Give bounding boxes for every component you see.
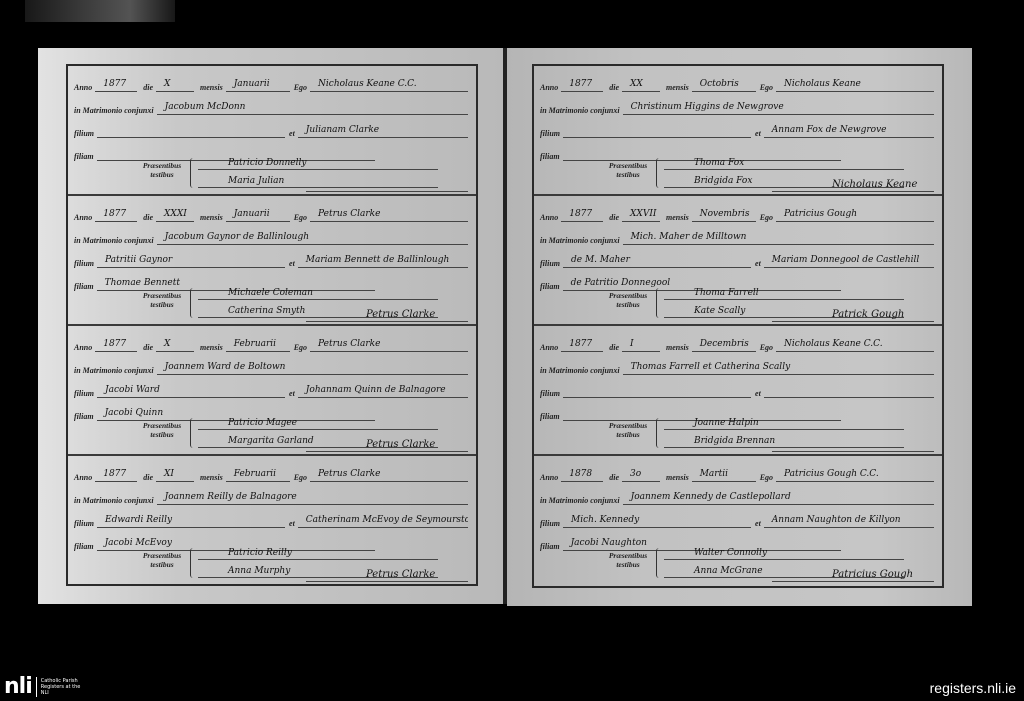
anno-label: Anno xyxy=(74,83,95,92)
entry-filium-row: filium et Julianam Clarke xyxy=(74,122,468,138)
marriage-entry: Anno 1877 die XXVII mensis Novembris Ego… xyxy=(534,196,942,326)
bride-value: Mariam Bennett de Ballinlough xyxy=(298,253,468,268)
entry-filium-row: filium Patritii Gaynor et Mariam Bennett… xyxy=(74,252,468,268)
filiam-label: filiam xyxy=(74,542,97,551)
filiam-label: filiam xyxy=(74,282,97,291)
witness-1: Thoma Farrell xyxy=(664,286,904,300)
praesentibus-label: Præsentibus xyxy=(602,161,654,170)
groom-value: Joannem Kennedy de Castlepollard xyxy=(623,490,934,505)
anno-label: Anno xyxy=(74,473,95,482)
et-label: et xyxy=(751,389,764,398)
priest-value: Petrus Clarke xyxy=(310,207,468,222)
groom-father-value: Jacobi Ward xyxy=(97,383,285,398)
marriage-entry: Anno 1878 die 3o mensis Martii Ego Patri… xyxy=(534,456,942,586)
ego-label: Ego xyxy=(290,343,310,352)
filium-label: filium xyxy=(540,519,563,528)
priest-value: Nicholaus Keane C.C. xyxy=(776,337,934,352)
year-value: 1877 xyxy=(95,77,137,92)
praesentibus-label: Præsentibus xyxy=(136,551,188,560)
filiam-label: filiam xyxy=(540,412,563,421)
entry-couple-row: in Matrimonio conjunxi Mich. Maher de Mi… xyxy=(540,229,934,245)
entry-couple-row: in Matrimonio conjunxi Jacobum McDonn xyxy=(74,99,468,115)
bride-value: Catherinam McEvoy de Seymourstown xyxy=(298,513,468,528)
entry-couple-row: in Matrimonio conjunxi Joannem Reilly de… xyxy=(74,489,468,505)
entry-date-row: Anno 1877 die XI mensis Februarii Ego Pe… xyxy=(74,466,468,482)
entry-filium-row: filium Jacobi Ward et Johannam Quinn de … xyxy=(74,382,468,398)
anno-label: Anno xyxy=(540,473,561,482)
mensis-label: mensis xyxy=(660,83,692,92)
priest-signature xyxy=(306,178,468,192)
entry-couple-row: in Matrimonio conjunxi Thomas Farrell et… xyxy=(540,359,934,375)
praesentibus-label: Præsentibus xyxy=(136,161,188,170)
filium-label: filium xyxy=(540,129,563,138)
entry-filium-row: filium et xyxy=(540,382,934,398)
mensis-label: mensis xyxy=(194,83,226,92)
filiam-label: filiam xyxy=(540,542,563,551)
praesentibus-label: Præsentibus xyxy=(136,421,188,430)
ego-label: Ego xyxy=(756,213,776,222)
die-label: die xyxy=(603,213,622,222)
et-label: et xyxy=(751,259,764,268)
testibus-label: testibus xyxy=(602,300,654,309)
entry-filium-row: filium Mich. Kennedy et Annam Naughton d… xyxy=(540,512,934,528)
year-value: 1877 xyxy=(561,337,603,352)
nli-logo[interactable]: nli Catholic Parish Registers at the NLI xyxy=(4,676,81,698)
et-label: et xyxy=(285,389,298,398)
groom-father-value: Mich. Kennedy xyxy=(563,513,751,528)
witnesses-label: Præsentibus testibus xyxy=(136,421,188,439)
priest-signature: Petrus Clarke xyxy=(306,438,468,452)
day-value: XXXI xyxy=(156,207,194,222)
entry-date-row: Anno 1877 die I mensis Decembris Ego Nic… xyxy=(540,336,934,352)
praesentibus-label: Præsentibus xyxy=(602,421,654,430)
filium-label: filium xyxy=(540,259,563,268)
matrimonio-label: in Matrimonio conjunxi xyxy=(540,236,623,245)
et-label: et xyxy=(285,129,298,138)
witnesses-label: Præsentibus testibus xyxy=(602,551,654,569)
testibus-label: testibus xyxy=(602,430,654,439)
mensis-label: mensis xyxy=(194,473,226,482)
bride-value: Annam Fox de Newgrove xyxy=(764,123,934,138)
mensis-label: mensis xyxy=(660,213,692,222)
year-value: 1877 xyxy=(561,207,603,222)
witnesses-label: Præsentibus testibus xyxy=(602,291,654,309)
filium-label: filium xyxy=(540,389,563,398)
left-page: Anno 1877 die X mensis Januarii Ego Nich… xyxy=(38,48,504,604)
marriage-entry: Anno 1877 die XXXI mensis Januarii Ego P… xyxy=(68,196,476,326)
entry-filium-row: filium et Annam Fox de Newgrove xyxy=(540,122,934,138)
priest-signature: Patricius Gough xyxy=(772,568,934,582)
anno-label: Anno xyxy=(74,213,95,222)
die-label: die xyxy=(137,473,156,482)
testibus-label: testibus xyxy=(136,430,188,439)
matrimonio-label: in Matrimonio conjunxi xyxy=(74,496,157,505)
day-value: 3o xyxy=(622,467,660,482)
mensis-label: mensis xyxy=(194,343,226,352)
year-value: 1877 xyxy=(95,467,137,482)
day-value: XI xyxy=(156,467,194,482)
filium-label: filium xyxy=(74,129,97,138)
ego-label: Ego xyxy=(290,83,310,92)
witness-1: Patricio Magee xyxy=(198,416,438,430)
month-value: Februarii xyxy=(226,337,290,352)
site-link[interactable]: registers.nli.ie xyxy=(930,680,1016,696)
testibus-label: testibus xyxy=(136,560,188,569)
nli-logo-mark: nli xyxy=(4,676,32,698)
ego-label: Ego xyxy=(756,473,776,482)
groom-father-value: de M. Maher xyxy=(563,253,751,268)
die-label: die xyxy=(603,473,622,482)
mensis-label: mensis xyxy=(194,213,226,222)
ego-label: Ego xyxy=(756,343,776,352)
entry-date-row: Anno 1877 die XXVII mensis Novembris Ego… xyxy=(540,206,934,222)
priest-value: Nicholaus Keane xyxy=(776,77,934,92)
right-page: Anno 1877 die XX mensis Octobris Ego Nic… xyxy=(507,48,972,606)
witnesses-label: Præsentibus testibus xyxy=(602,421,654,439)
witness-brace xyxy=(190,288,196,318)
priest-value: Patricius Gough C.C. xyxy=(776,467,934,482)
month-value: Januarii xyxy=(226,207,290,222)
entry-date-row: Anno 1877 die X mensis Februarii Ego Pet… xyxy=(74,336,468,352)
groom-value: Mich. Maher de Milltown xyxy=(623,230,934,245)
priest-value: Petrus Clarke xyxy=(310,337,468,352)
filiam-label: filiam xyxy=(540,152,563,161)
et-label: et xyxy=(751,129,764,138)
groom-father-value xyxy=(563,123,751,138)
entry-date-row: Anno 1877 die XXXI mensis Januarii Ego P… xyxy=(74,206,468,222)
groom-value: Thomas Farrell et Catherina Scally xyxy=(623,360,934,375)
logo-caption: Catholic Parish Registers at the NLI xyxy=(41,678,81,696)
marriage-entry: Anno 1877 die I mensis Decembris Ego Nic… xyxy=(534,326,942,456)
witness-1: Joanne Halpin xyxy=(664,416,904,430)
groom-value: Joannem Ward de Boltown xyxy=(157,360,468,375)
ego-label: Ego xyxy=(290,473,310,482)
entry-date-row: Anno 1877 die XX mensis Octobris Ego Nic… xyxy=(540,76,934,92)
priest-signature: Patrick Gough xyxy=(772,308,934,322)
die-label: die xyxy=(137,213,156,222)
praesentibus-label: Præsentibus xyxy=(602,291,654,300)
witness-brace xyxy=(190,418,196,448)
bride-value xyxy=(764,383,934,398)
groom-father-value xyxy=(97,123,285,138)
anno-label: Anno xyxy=(74,343,95,352)
logo-divider xyxy=(36,677,37,697)
matrimonio-label: in Matrimonio conjunxi xyxy=(540,366,623,375)
die-label: die xyxy=(603,343,622,352)
marriage-entry: Anno 1877 die X mensis Februarii Ego Pet… xyxy=(68,326,476,456)
ego-label: Ego xyxy=(290,213,310,222)
priest-value: Patricius Gough xyxy=(776,207,934,222)
filiam-label: filiam xyxy=(74,412,97,421)
matrimonio-label: in Matrimonio conjunxi xyxy=(540,106,623,115)
entry-couple-row: in Matrimonio conjunxi Christinum Higgin… xyxy=(540,99,934,115)
filiam-label: filiam xyxy=(540,282,563,291)
et-label: et xyxy=(751,519,764,528)
ego-label: Ego xyxy=(756,83,776,92)
witnesses-label: Præsentibus testibus xyxy=(602,161,654,179)
bride-value: Annam Naughton de Killyon xyxy=(764,513,934,528)
et-label: et xyxy=(285,259,298,268)
witness-1: Michaele Coleman xyxy=(198,286,438,300)
entry-date-row: Anno 1877 die X mensis Januarii Ego Nich… xyxy=(74,76,468,92)
anno-label: Anno xyxy=(540,213,561,222)
left-page-frame: Anno 1877 die X mensis Januarii Ego Nich… xyxy=(66,64,478,586)
witness-brace xyxy=(656,158,662,188)
mensis-label: mensis xyxy=(660,473,692,482)
witness-1: Thoma Fox xyxy=(664,156,904,170)
year-value: 1877 xyxy=(95,207,137,222)
witness-1: Walter Connolly xyxy=(664,546,904,560)
right-page-frame: Anno 1877 die XX mensis Octobris Ego Nic… xyxy=(532,64,944,588)
bride-value: Mariam Donnegool de Castlehill xyxy=(764,253,934,268)
entry-couple-row: in Matrimonio conjunxi Joannem Ward de B… xyxy=(74,359,468,375)
mensis-label: mensis xyxy=(660,343,692,352)
die-label: die xyxy=(137,343,156,352)
anno-label: Anno xyxy=(540,343,561,352)
witness-brace xyxy=(656,418,662,448)
entry-couple-row: in Matrimonio conjunxi Joannem Kennedy d… xyxy=(540,489,934,505)
marriage-entry: Anno 1877 die X mensis Januarii Ego Nich… xyxy=(68,66,476,196)
month-value: Februarii xyxy=(226,467,290,482)
witness-brace xyxy=(656,288,662,318)
priest-signature: Nicholaus Keane xyxy=(772,178,934,192)
month-value: Martii xyxy=(692,467,756,482)
month-value: Decembris xyxy=(692,337,756,352)
year-value: 1877 xyxy=(95,337,137,352)
witness-brace xyxy=(190,548,196,578)
month-value: Novembris xyxy=(692,207,756,222)
groom-father-value: Patritii Gaynor xyxy=(97,253,285,268)
page-edge-scrap xyxy=(25,0,175,22)
priest-value: Nicholaus Keane C.C. xyxy=(310,77,468,92)
matrimonio-label: in Matrimonio conjunxi xyxy=(74,236,157,245)
year-value: 1877 xyxy=(561,77,603,92)
priest-signature xyxy=(772,438,934,452)
month-value: Januarii xyxy=(226,77,290,92)
entry-date-row: Anno 1878 die 3o mensis Martii Ego Patri… xyxy=(540,466,934,482)
day-value: X xyxy=(156,77,194,92)
day-value: X xyxy=(156,337,194,352)
entry-couple-row: in Matrimonio conjunxi Jacobum Gaynor de… xyxy=(74,229,468,245)
groom-value: Joannem Reilly de Balnagore xyxy=(157,490,468,505)
die-label: die xyxy=(603,83,622,92)
marriage-entry: Anno 1877 die XX mensis Octobris Ego Nic… xyxy=(534,66,942,196)
praesentibus-label: Præsentibus xyxy=(602,551,654,560)
filium-label: filium xyxy=(74,389,97,398)
filium-label: filium xyxy=(74,519,97,528)
groom-father-value xyxy=(563,383,751,398)
witness-brace xyxy=(656,548,662,578)
priest-value: Petrus Clarke xyxy=(310,467,468,482)
filium-label: filium xyxy=(74,259,97,268)
matrimonio-label: in Matrimonio conjunxi xyxy=(74,106,157,115)
matrimonio-label: in Matrimonio conjunxi xyxy=(74,366,157,375)
groom-value: Christinum Higgins de Newgrove xyxy=(623,100,934,115)
priest-signature: Petrus Clarke xyxy=(306,308,468,322)
marriage-entry: Anno 1877 die XI mensis Februarii Ego Pe… xyxy=(68,456,476,586)
bride-value: Johannam Quinn de Balnagore xyxy=(298,383,468,398)
testibus-label: testibus xyxy=(602,170,654,179)
die-label: die xyxy=(137,83,156,92)
register-book: Anno 1877 die X mensis Januarii Ego Nich… xyxy=(38,48,974,606)
witness-brace xyxy=(190,158,196,188)
praesentibus-label: Præsentibus xyxy=(136,291,188,300)
day-value: XX xyxy=(622,77,660,92)
month-value: Octobris xyxy=(692,77,756,92)
groom-value: Jacobum McDonn xyxy=(157,100,468,115)
groom-value: Jacobum Gaynor de Ballinlough xyxy=(157,230,468,245)
entry-filium-row: filium de M. Maher et Mariam Donnegool d… xyxy=(540,252,934,268)
day-value: XXVII xyxy=(622,207,660,222)
groom-father-value: Edwardi Reilly xyxy=(97,513,285,528)
matrimonio-label: in Matrimonio conjunxi xyxy=(540,496,623,505)
testibus-label: testibus xyxy=(602,560,654,569)
testibus-label: testibus xyxy=(136,300,188,309)
witness-1: Patricio Reilly xyxy=(198,546,438,560)
witness-1: Patricio Donnelly xyxy=(198,156,438,170)
year-value: 1878 xyxy=(561,467,603,482)
witnesses-label: Præsentibus testibus xyxy=(136,291,188,309)
filiam-label: filiam xyxy=(74,152,97,161)
et-label: et xyxy=(285,519,298,528)
entry-filium-row: filium Edwardi Reilly et Catherinam McEv… xyxy=(74,512,468,528)
day-value: I xyxy=(622,337,660,352)
anno-label: Anno xyxy=(540,83,561,92)
bride-value: Julianam Clarke xyxy=(298,123,468,138)
testibus-label: testibus xyxy=(136,170,188,179)
witnesses-label: Præsentibus testibus xyxy=(136,161,188,179)
priest-signature: Petrus Clarke xyxy=(306,568,468,582)
witnesses-label: Præsentibus testibus xyxy=(136,551,188,569)
